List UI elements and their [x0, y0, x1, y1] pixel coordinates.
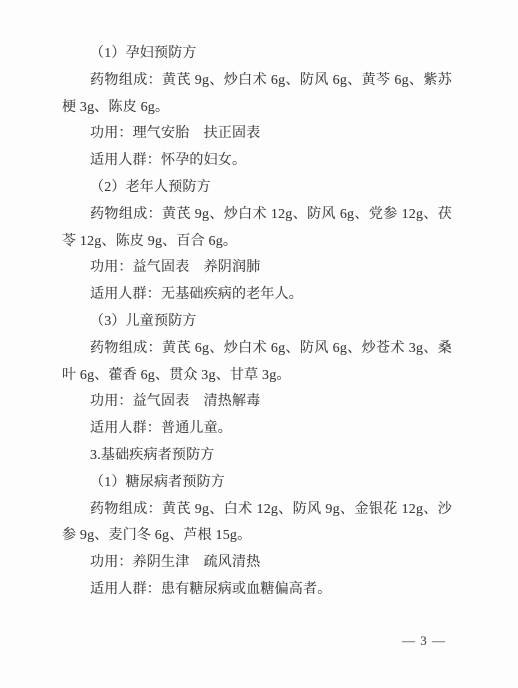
heading-formula-diabetes: （1）糖尿病者预防方 [62, 470, 452, 497]
function-diabetes: 功用：养阴生津 疏风清热 [62, 550, 452, 577]
heading-formula-elderly: （2）老年人预防方 [62, 175, 452, 202]
document-page: （1）孕妇预防方 药物组成：黄芪 9g、炒白术 6g、防风 6g、黄芩 6g、紫… [0, 0, 518, 688]
composition-diabetes: 药物组成：黄芪 9g、白术 12g、防风 9g、金银花 12g、沙参 9g、麦门… [62, 497, 452, 551]
function-children: 功用：益气固表 清热解毒 [62, 389, 452, 416]
document-body: （1）孕妇预防方 药物组成：黄芪 9g、炒白术 6g、防风 6g、黄芩 6g、紫… [62, 41, 452, 604]
heading-section-underlying-disease: 3.基础疾病者预防方 [62, 443, 452, 470]
applicable-group-children: 适用人群：普通儿童。 [62, 416, 452, 443]
function-elderly: 功用：益气固表 养阴润肺 [62, 255, 452, 282]
composition-elderly: 药物组成：黄芪 9g、炒白术 12g、防风 6g、党参 12g、茯苓 12g、陈… [62, 202, 452, 256]
page-number: — 3 — [402, 633, 446, 649]
function-pregnant: 功用：理气安胎 扶正固表 [62, 121, 452, 148]
heading-formula-children: （3）儿童预防方 [62, 309, 452, 336]
applicable-group-pregnant: 适用人群：怀孕的妇女。 [62, 148, 452, 175]
applicable-group-elderly: 适用人群：无基础疾病的老年人。 [62, 282, 452, 309]
composition-pregnant: 药物组成：黄芪 9g、炒白术 6g、防风 6g、黄芩 6g、紫苏梗 3g、陈皮 … [62, 68, 452, 122]
heading-formula-pregnant: （1）孕妇预防方 [62, 41, 452, 68]
applicable-group-diabetes: 适用人群：患有糖尿病或血糖偏高者。 [62, 577, 452, 604]
composition-children: 药物组成：黄芪 6g、炒白术 6g、防风 6g、炒苍术 3g、桑叶 6g、藿香 … [62, 336, 452, 390]
